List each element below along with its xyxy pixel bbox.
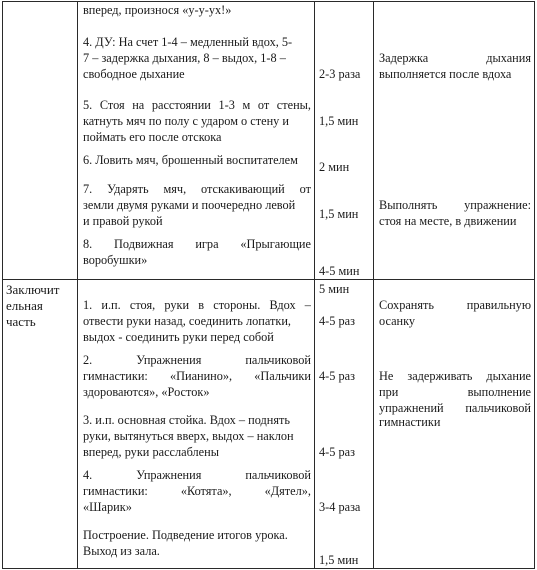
note-breathing-line2: привыполнение <box>379 385 531 401</box>
duration-final-ex1: 4-5 раз <box>319 314 355 330</box>
exercise-4-line3: свободное дыхание <box>83 67 185 83</box>
final-exercise-1-line1: 1.и.п.стоя,рукивстороны.Вдох– <box>83 298 311 314</box>
duration-final-total: 5 мин <box>319 282 349 298</box>
table-border-right <box>534 1 535 569</box>
exercise-4-line1: 4. ДУ: На счет 1-4 – медленный вдох, 5- <box>83 35 292 51</box>
exercise-8-line1: 8.Подвижнаяигра«Прыгающие <box>83 237 311 253</box>
final-exercise-1-line3: выдох - соединить руки перед собой <box>83 330 274 346</box>
table-border-top <box>2 1 535 2</box>
duration-final-ex4: 3-4 раза <box>319 500 360 516</box>
exercise-5-line1: 5.Стоянарасстоянии1-3мотстены, <box>83 98 311 114</box>
final-exercise-4-line2: гимнастики:«Котята»,«Дятел», <box>83 484 311 500</box>
section-label-line1: Заключит <box>6 282 59 298</box>
note-exercise-line2: стоя на месте, в движении <box>379 214 516 230</box>
final-exercise-3-line1: 3. и.п. основная стойка. Вдох – поднять <box>83 413 290 429</box>
duration-ex8: 4-5 мин <box>319 264 359 280</box>
note-breath-hold-line2: выполняется после вдоха <box>379 67 511 83</box>
final-exercise-2-line1: 2.Упражненияпальчиковой <box>83 353 311 369</box>
final-exercise-3-line2: руки, вытянуться вверх, выдох – наклон <box>83 429 294 445</box>
section-label-line2: ельная <box>6 298 43 314</box>
column-divider-1 <box>77 1 78 569</box>
duration-final-ex2: 4-5 раз <box>319 369 355 385</box>
exercise-8-line2: воробушки» <box>83 253 147 269</box>
row-divider <box>2 279 535 280</box>
table-border-bottom <box>2 568 535 569</box>
note-exercise-line1: Выполнятьупражнение: <box>379 198 531 214</box>
column-divider-2 <box>314 1 315 569</box>
final-exercise-2-line2: гимнастики:«Пианино»,«Пальчики <box>83 369 311 385</box>
final-exercise-3-line3: вперед, руки расслаблены <box>83 445 219 461</box>
exercise-7-line2: земли двумя руками и поочередно левой <box>83 198 295 214</box>
exercise-5-line3: поймать его после отскока <box>83 130 222 146</box>
duration-final-step: 1,5 мин <box>319 553 358 569</box>
final-exercise-4-line3: «Шарик» <box>83 500 132 516</box>
note-breathing-line4: гимнастики <box>379 415 440 431</box>
exercise-7-line3: и правой рукой <box>83 214 163 230</box>
note-posture-line2: осанку <box>379 314 415 330</box>
duration-ex6: 2 мин <box>319 160 349 176</box>
duration-ex7: 1,5 мин <box>319 207 358 223</box>
final-step-line2: Выход из зала. <box>83 544 160 560</box>
section-label-line3: часть <box>6 314 36 330</box>
table-border-left <box>2 1 3 569</box>
final-exercise-2-line3: здороваются», «Росток» <box>83 385 209 401</box>
column-divider-3 <box>373 1 374 569</box>
note-breathing-line1: Незадерживатьдыхание <box>379 369 531 385</box>
exercise-4-line2: 7 – задержка дыхания, 8 – выдох, 1-8 – <box>83 51 286 67</box>
exercise-5-line2: катнуть мяч по полу с ударом о стену и <box>83 114 289 130</box>
duration-ex4: 2-3 раза <box>319 67 360 83</box>
exercise-3-tail: вперед, произнося «у-у-ух!» <box>83 3 231 19</box>
duration-final-ex3: 4-5 раз <box>319 445 355 461</box>
final-exercise-4-line1: 4.Упражненияпальчиковой <box>83 468 311 484</box>
final-step-line1: Построение. Подведение итогов урока. <box>83 528 288 544</box>
note-posture-line1: Сохранятьправильную <box>379 298 531 314</box>
exercise-7-line1: 7.Ударятьмяч,отскакивающийот <box>83 182 311 198</box>
note-breath-hold-line1: Задержкадыхания <box>379 51 531 67</box>
final-exercise-1-line2: отвести руки назад, соединить лопатки, <box>83 314 291 330</box>
duration-ex5: 1,5 мин <box>319 114 358 130</box>
exercise-6-line1: 6. Ловить мяч, брошенный воспитателем <box>83 153 298 169</box>
